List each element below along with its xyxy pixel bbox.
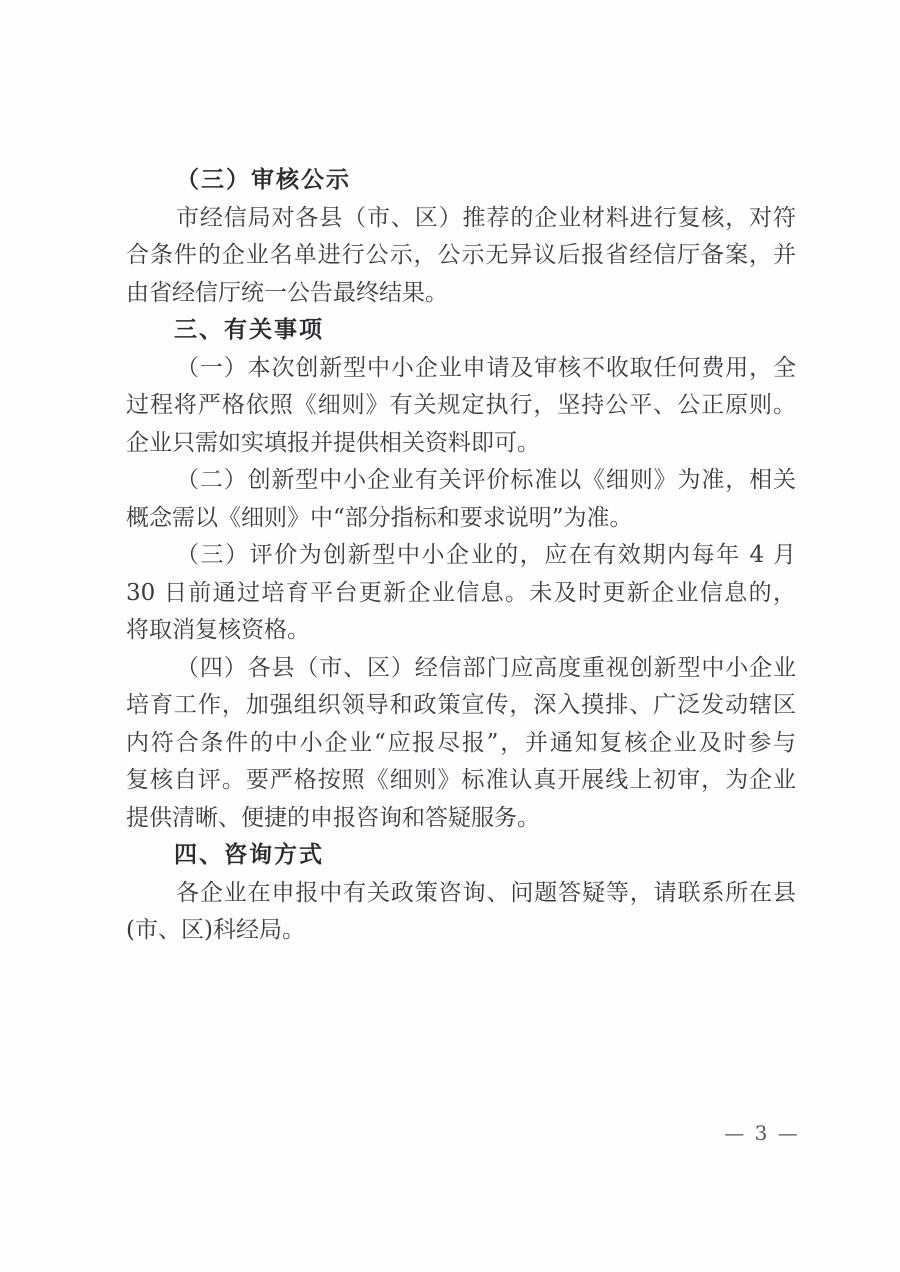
heading-related-matters: 三、有关事项 — [126, 312, 796, 350]
paragraph-line: 内符合条件的中小企业“应报尽报”，并通知复核企业及时参与 — [126, 725, 796, 763]
subheading-review-publicity: （三）审核公示 — [126, 162, 796, 200]
paragraph-line: 合条件的企业名单进行公示，公示无异议后报省经信厅备案，并 — [126, 237, 796, 275]
paragraph-line: 由省经信厅统一公告最终结果。 — [126, 275, 796, 313]
paragraph-line: 市经信局对各县（市、区）推荐的企业材料进行复核，对符 — [126, 200, 796, 238]
paragraph-line: 复核自评。要严格按照《细则》标准认真开展线上初审，为企业 — [126, 762, 796, 800]
paragraph-line: （四）各县（市、区）经信部门应高度重视创新型中小企业 — [126, 650, 796, 688]
paragraph-line: 将取消复核资格。 — [126, 612, 796, 650]
page-number: — 3 — — [722, 1121, 802, 1145]
paragraph-line: （二）创新型中小企业有关评价标准以《细则》为准，相关 — [126, 462, 796, 500]
heading-consultation-method: 四、咨询方式 — [126, 837, 796, 875]
document-body: （三）审核公示 市经信局对各县（市、区）推荐的企业材料进行复核，对符 合条件的企… — [126, 162, 796, 950]
paragraph-line: 提供清晰、便捷的申报咨询和答疑服务。 — [126, 800, 796, 838]
paragraph-line: 各企业在申报中有关政策咨询、问题答疑等，请联系所在县 — [126, 875, 796, 913]
document-page: （三）审核公示 市经信局对各县（市、区）推荐的企业材料进行复核，对符 合条件的企… — [0, 0, 900, 1272]
paragraph-line: (市、区)科经局。 — [126, 912, 796, 950]
paragraph-line: （三）评价为创新型中小企业的，应在有效期内每年 4 月 — [126, 537, 796, 575]
paragraph-line: 概念需以《细则》中“部分指标和要求说明”为准。 — [126, 500, 796, 538]
paragraph-line: 企业只需如实填报并提供相关资料即可。 — [126, 425, 796, 463]
paragraph-line: 培育工作，加强组织领导和政策宣传，深入摸排、广泛发动辖区 — [126, 687, 796, 725]
paragraph-line: 过程将严格依照《细则》有关规定执行，坚持公平、公正原则。 — [126, 387, 796, 425]
paragraph-line: 30 日前通过培育平台更新企业信息。未及时更新企业信息的， — [126, 575, 796, 613]
paragraph-line: （一）本次创新型中小企业申请及审核不收取任何费用，全 — [126, 350, 796, 388]
